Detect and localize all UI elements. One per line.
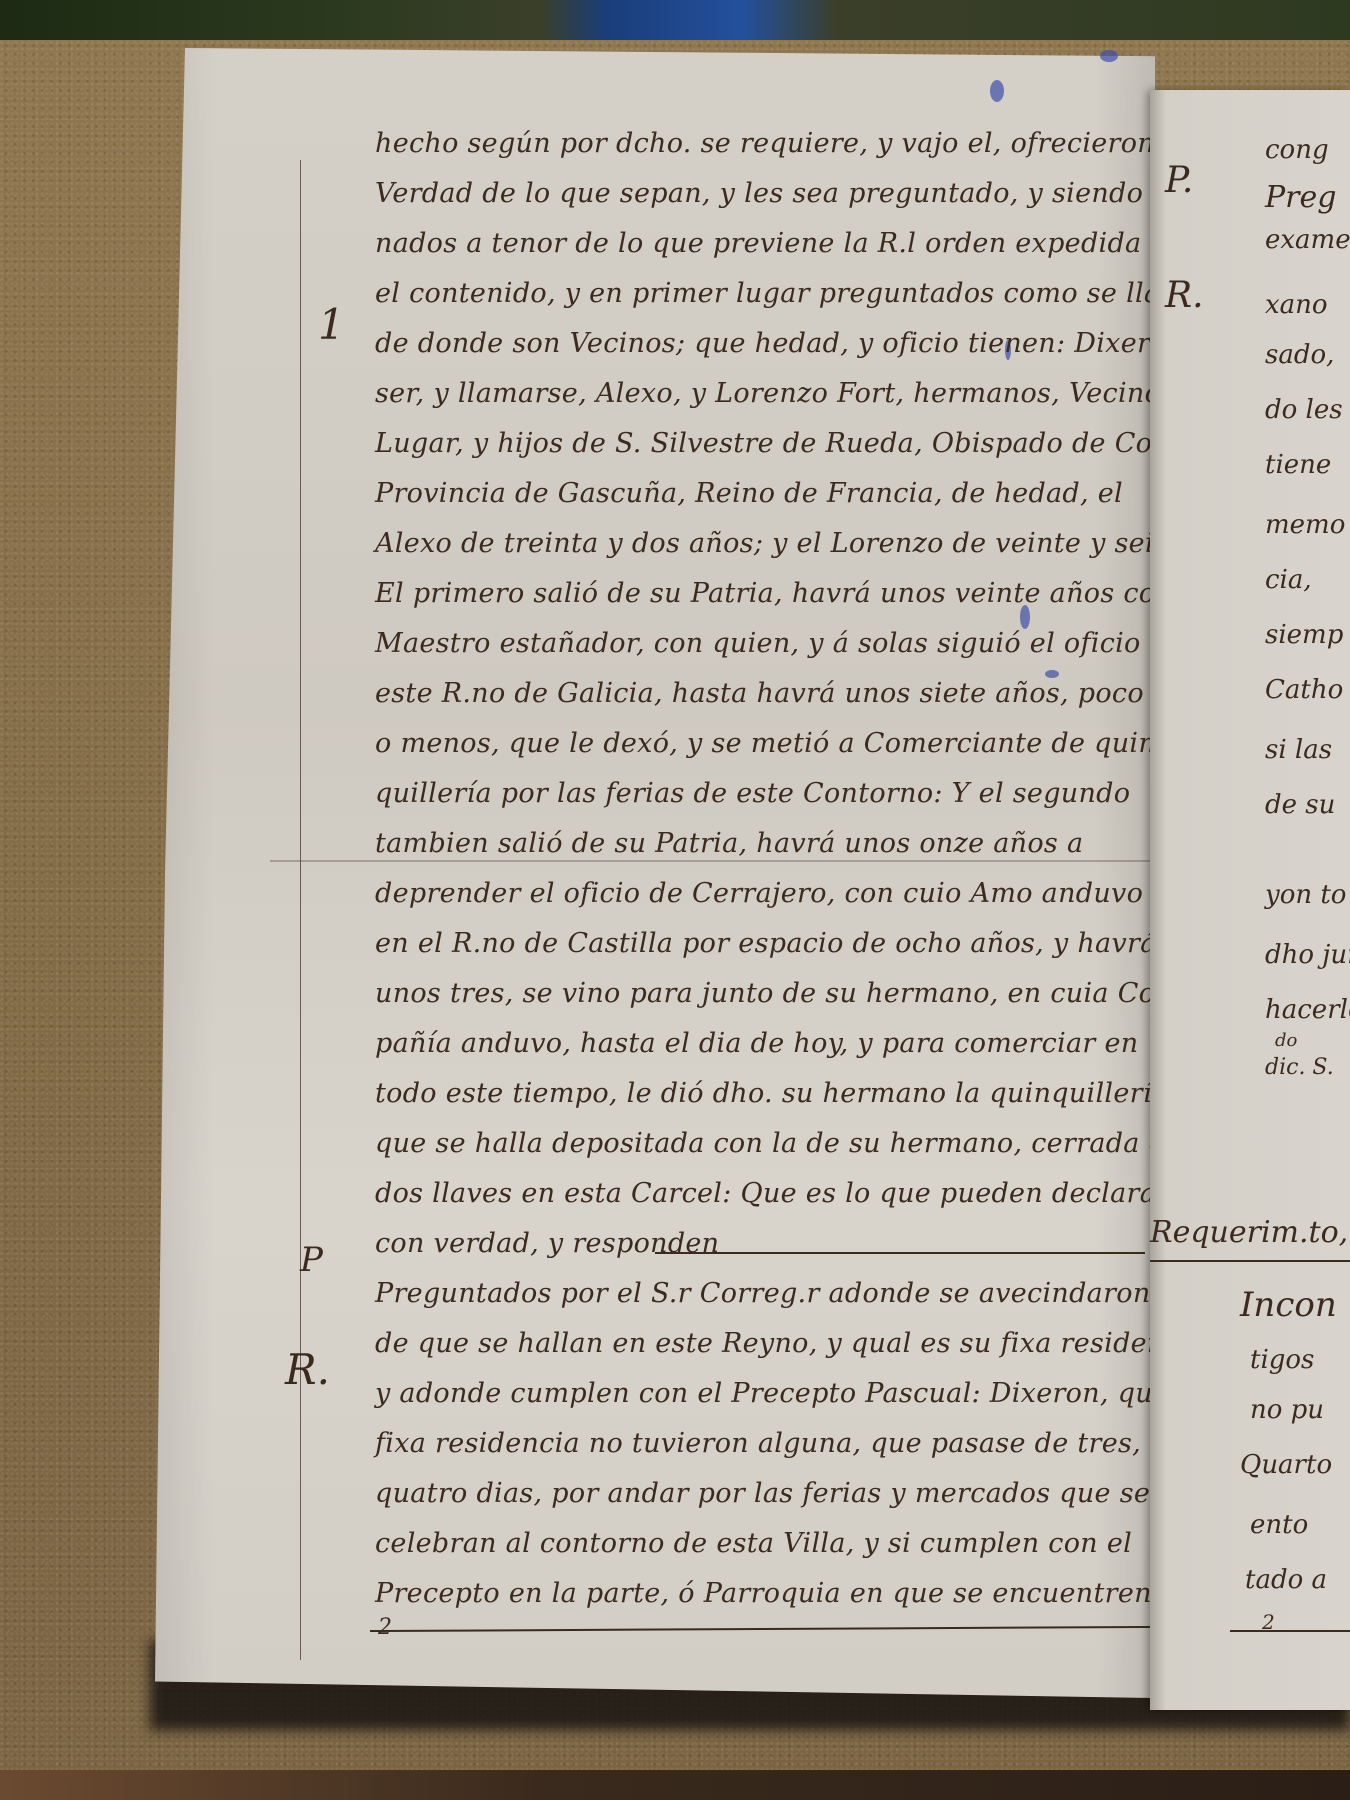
manuscript-line: tiene (1265, 450, 1331, 480)
left-margin-rule (300, 160, 301, 1660)
manuscript-line: ento (1250, 1510, 1308, 1540)
manuscript-line: unos tres, se vino para junto de su herm… (375, 978, 1181, 1009)
manuscript-line: tado a (1245, 1565, 1327, 1595)
manuscript-line: fixa residencia no tuvieron alguna, que … (375, 1428, 1141, 1459)
manuscript-line: Preg (1265, 180, 1336, 215)
margin-mark-respuesta: R. (1165, 275, 1204, 316)
manuscript-line: Lugar, y hijos de S. Silvestre de Rueda,… (375, 428, 1261, 459)
manuscript-line: no pu (1250, 1395, 1324, 1425)
manuscript-line: do (1275, 1030, 1297, 1051)
background-ground (0, 1770, 1350, 1800)
manuscript-line: el contenido, y en primer lugar pregunta… (375, 278, 1220, 309)
margin-mark-pregunta: P (300, 1240, 323, 1280)
manuscript-line: quillería por las ferias de este Contorn… (375, 778, 1130, 809)
manuscript-line: si las (1265, 735, 1332, 765)
manuscript-line: cia, (1265, 565, 1312, 595)
manuscript-line: Maestro estañador, con quien, y á solas … (375, 628, 1183, 659)
manuscript-line: tambien salió de su Patria, havrá unos o… (375, 828, 1083, 859)
manuscript-line: con verdad, y responden (375, 1228, 719, 1259)
manuscript-line: dho jur (1265, 940, 1350, 970)
manuscript-line: hecho según por dcho. se requiere, y vaj… (375, 128, 1235, 159)
margin-mark-pregunta: P. (1165, 160, 1193, 201)
manuscript-line: Quarto (1240, 1450, 1332, 1480)
manuscript-line: en el R.no de Castilla por espacio de oc… (375, 928, 1157, 959)
manuscript-line: nados a tenor de lo que previene la R.l … (375, 228, 1228, 259)
manuscript-line: quatro dias, por andar por las ferias y … (375, 1478, 1150, 1509)
manuscript-line: dos llaves en esta Carcel: Que es lo que… (375, 1178, 1169, 1209)
manuscript-line: memo (1265, 510, 1345, 540)
manuscript-line: Requerim.to, y (1150, 1215, 1350, 1250)
blue-ink-spot (1045, 670, 1059, 678)
manuscript-line: siemp (1265, 620, 1343, 650)
manuscript-line: todo este tiempo, le dió dho. su hermano… (375, 1078, 1168, 1109)
manuscript-line: Precepto en la parte, ó Parroquia en que… (375, 1578, 1152, 1609)
manuscript-line: Provincia de Gascuña, Reino de Francia, … (375, 478, 1123, 509)
margin-mark: 1 (318, 300, 345, 349)
blue-ink-spot (990, 80, 1004, 102)
manuscript-line: tigos (1250, 1345, 1314, 1375)
manuscript-line: este R.no de Galicia, hasta havrá unos s… (375, 678, 1209, 709)
manuscript-line: Preguntados por el S.r Correg.r adonde s… (375, 1278, 1207, 1309)
manuscript-line: yon to (1265, 880, 1346, 910)
manuscript-line: de su (1265, 790, 1335, 820)
manuscript-line: El primero salió de su Patria, havrá uno… (375, 578, 1217, 609)
manuscript-line: deprender el oficio de Cerrajero, con cu… (375, 878, 1143, 909)
section-rule (1150, 1260, 1350, 1262)
page-number: 2 (378, 1615, 392, 1640)
manuscript-line: Alexo de treinta y dos años; y el Lorenz… (375, 528, 1177, 559)
manuscript-line: de que se hallan en este Reyno, y qual e… (375, 1328, 1205, 1359)
manuscript-line: Verdad de lo que sepan, y les sea pregun… (375, 178, 1235, 209)
manuscript-line: y adonde cumplen con el Precepto Pascual… (375, 1378, 1169, 1409)
manuscript-line: Incon (1240, 1285, 1337, 1325)
page-bottom-rule (1230, 1630, 1350, 1632)
manuscript-line: sado, (1265, 340, 1334, 370)
manuscript-line: do les (1265, 395, 1343, 425)
manuscript-line: exame (1265, 225, 1350, 255)
manuscript-line: cong (1265, 135, 1329, 165)
manuscript-line: hacerlo (1265, 995, 1350, 1025)
line-end-rule (655, 1252, 1145, 1254)
manuscript-line: ser, y llamarse, Alexo, y Lorenzo Fort, … (375, 378, 1227, 409)
manuscript-line: dic. S. (1265, 1055, 1334, 1080)
page-fold-crease (270, 860, 1150, 862)
manuscript-line: celebran al contorno de esta Villa, y si… (375, 1528, 1132, 1559)
manuscript-line: que se halla depositada con la de su her… (375, 1128, 1198, 1159)
manuscript-line: o menos, que le dexó, y se metió a Comer… (375, 728, 1156, 759)
blue-ink-spot (1100, 50, 1118, 62)
manuscript-line: Catho (1265, 675, 1343, 705)
manuscript-line: xano (1265, 290, 1328, 320)
manuscript-line: pañía anduvo, hasta el dia de hoy, y par… (375, 1028, 1139, 1059)
margin-mark-respuesta: R. (285, 1345, 330, 1394)
manuscript-line: de donde son Vecinos; que hedad, y ofici… (375, 328, 1184, 359)
